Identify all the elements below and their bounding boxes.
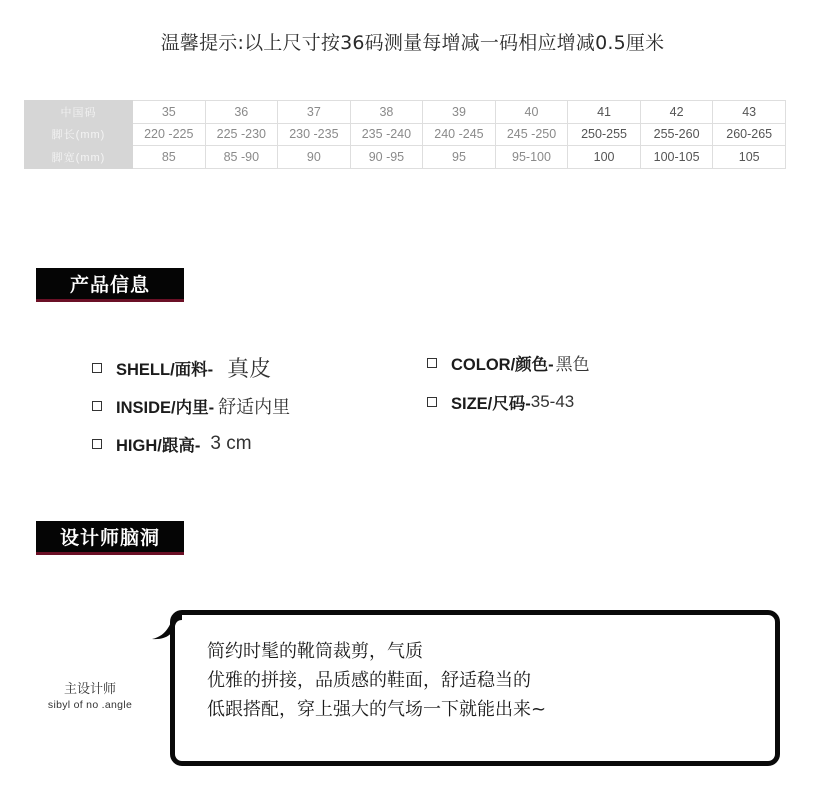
table-cell: 95 bbox=[423, 146, 496, 169]
table-cell: 220 -225 bbox=[133, 123, 206, 146]
spec-value: 黑色 bbox=[556, 350, 590, 375]
table-cell: 255-260 bbox=[640, 123, 713, 146]
spec-high: HIGH/跟高- 3 cm bbox=[92, 432, 252, 456]
row-header: 中国码 bbox=[25, 101, 133, 124]
spec-value: 真皮 bbox=[227, 352, 271, 383]
checkbox-icon bbox=[427, 397, 437, 407]
designer-title: 主设计师 bbox=[55, 678, 125, 697]
table-row-size: 中国码 35 36 37 38 39 40 41 42 43 bbox=[25, 101, 786, 124]
designer-name: sibyl of no .angle bbox=[36, 699, 144, 711]
table-cell: 245 -250 bbox=[495, 123, 568, 146]
table-cell: 235 -240 bbox=[350, 123, 423, 146]
table-cell: 37 bbox=[278, 101, 351, 124]
product-info-header: 产品信息 bbox=[36, 268, 184, 302]
quote-line: 低跟搭配，穿上强大的气场一下就能出来~ bbox=[207, 695, 546, 724]
spec-label: INSIDE/内里- bbox=[116, 394, 214, 418]
table-cell: 40 bbox=[495, 101, 568, 124]
spec-label: SIZE/尺码- bbox=[451, 390, 531, 414]
speech-bubble-tail-icon bbox=[150, 612, 190, 642]
row-header: 脚长(mm) bbox=[25, 123, 133, 146]
checkbox-icon bbox=[92, 363, 102, 373]
table-cell: 100 bbox=[568, 146, 641, 169]
spec-value: 35-43 bbox=[531, 392, 574, 412]
size-chart-table: 中国码 35 36 37 38 39 40 41 42 43 脚长(mm) 22… bbox=[24, 100, 786, 169]
table-cell: 105 bbox=[713, 146, 786, 169]
spec-value: 3 cm bbox=[210, 433, 251, 455]
table-cell: 225 -230 bbox=[205, 123, 278, 146]
table-cell: 95-100 bbox=[495, 146, 568, 169]
table-cell: 90 -95 bbox=[350, 146, 423, 169]
checkbox-icon bbox=[92, 401, 102, 411]
table-cell: 42 bbox=[640, 101, 713, 124]
table-row-foot-length: 脚长(mm) 220 -225 225 -230 230 -235 235 -2… bbox=[25, 123, 786, 146]
table-row-foot-width: 脚宽(mm) 85 85 -90 90 90 -95 95 95-100 100… bbox=[25, 146, 786, 169]
spec-inside: INSIDE/内里- 舒适内里 bbox=[92, 393, 290, 419]
row-header: 脚宽(mm) bbox=[25, 146, 133, 169]
table-cell: 230 -235 bbox=[278, 123, 351, 146]
designer-quote: 简约时髦的靴筒裁剪，气质 优雅的拼接，品质感的鞋面，舒适稳当的 低跟搭配，穿上强… bbox=[207, 637, 546, 724]
designer-header: 设计师脑洞 bbox=[36, 521, 184, 555]
table-cell: 260-265 bbox=[713, 123, 786, 146]
table-cell: 36 bbox=[205, 101, 278, 124]
spec-size: SIZE/尺码- 35-43 bbox=[427, 390, 574, 414]
table-cell: 43 bbox=[713, 101, 786, 124]
table-cell: 85 bbox=[133, 146, 206, 169]
table-cell: 38 bbox=[350, 101, 423, 124]
spec-label: SHELL/面料- bbox=[116, 356, 213, 380]
spec-label: COLOR/颜色- bbox=[451, 351, 554, 375]
checkbox-icon bbox=[427, 358, 437, 368]
table-cell: 39 bbox=[423, 101, 496, 124]
quote-line: 简约时髦的靴筒裁剪，气质 bbox=[207, 637, 546, 666]
table-cell: 90 bbox=[278, 146, 351, 169]
table-cell: 41 bbox=[568, 101, 641, 124]
speech-bubble: 简约时髦的靴筒裁剪，气质 优雅的拼接，品质感的鞋面，舒适稳当的 低跟搭配，穿上强… bbox=[170, 610, 780, 766]
checkbox-icon bbox=[92, 439, 102, 449]
spec-value: 舒适内里 bbox=[218, 393, 290, 419]
quote-line: 优雅的拼接，品质感的鞋面，舒适稳当的 bbox=[207, 666, 546, 695]
table-cell: 100-105 bbox=[640, 146, 713, 169]
size-tip: 温馨提示:以上尺寸按36码测量每增减一码相应增减0.5厘米 bbox=[0, 28, 825, 55]
table-cell: 240 -245 bbox=[423, 123, 496, 146]
spec-shell: SHELL/面料- 真皮 bbox=[92, 352, 271, 383]
table-cell: 85 -90 bbox=[205, 146, 278, 169]
spec-color: COLOR/颜色- 黑色 bbox=[427, 350, 590, 375]
spec-label: HIGH/跟高- bbox=[116, 432, 200, 456]
table-cell: 250-255 bbox=[568, 123, 641, 146]
table-cell: 35 bbox=[133, 101, 206, 124]
